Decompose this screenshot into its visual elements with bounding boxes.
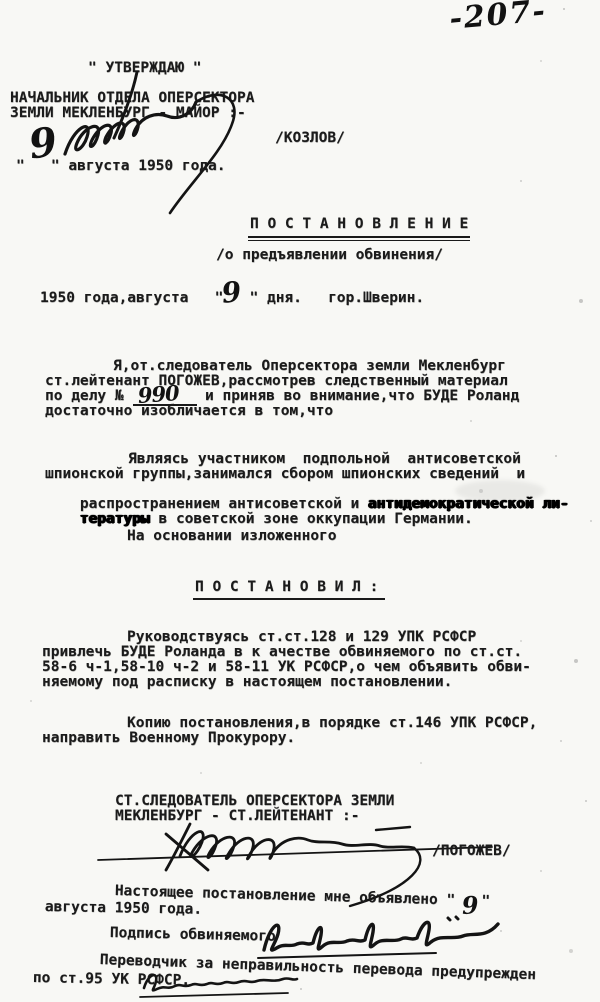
kozlov-typed-name: /КОЗЛОВ/ xyxy=(275,131,345,146)
approval-date-line: " " августа 1950 года. xyxy=(16,159,226,174)
scan-speckles xyxy=(0,0,2,2)
resolution-heading: П О С Т А Н О В И Л : xyxy=(195,580,378,595)
resolution-line3: 58-6 ч-1,58-10 ч-2 и 58-11 УК РСФСР,о че… xyxy=(42,660,531,675)
accusation-line1: Являясь участником подпольной антисоветс… xyxy=(128,452,521,467)
copy-line1: Копию постановления,в порядке ст.146 УПК… xyxy=(127,716,537,731)
resolution-line2: привлечь БУДЕ Роланда в к ачестве обвиня… xyxy=(42,645,522,660)
document-subtitle: /о предъявлении обвинения/ xyxy=(216,248,443,263)
resolution-line1: Руководствуясь ст.ст.128 и 129 УПК РСФСР xyxy=(127,630,476,645)
resolution-underline xyxy=(193,598,385,600)
title-underline xyxy=(248,236,470,238)
title-underline-2 xyxy=(248,240,470,241)
intro-line2: ст.лейтенант ПОГОЖЕВ,рассмотрев следстве… xyxy=(45,374,508,389)
accusation-line4-smudged: тературы xyxy=(80,511,150,527)
investigator-title-line1: СТ.СЛЕДОВАТЕЛЬ ОПЕРСЕКТОРА ЗЕМЛИ xyxy=(115,794,394,809)
ink-smear xyxy=(455,480,545,502)
handwritten-day-middle: 9 xyxy=(220,275,243,310)
basis-line: На основании изложенного xyxy=(127,529,337,544)
accusation-line4-normal: в советской зоне оккупации Германии. xyxy=(150,511,473,527)
handwritten-page-number: -207- xyxy=(448,0,548,37)
document-title: П О С Т А Н О В Л Е Н И Е xyxy=(250,217,468,232)
resolution-line4: няемому под расписку в настоящем постано… xyxy=(42,675,452,690)
intro-line3-prefix: по делу № xyxy=(45,389,124,404)
accused-signature-label: Подпись обвиняемого xyxy=(110,926,276,945)
scanned-document-page: -207- " УТВЕРЖДАЮ " НАЧАЛЬНИК ОТДЕЛА ОПЕ… xyxy=(0,0,600,1002)
intro-line1: Я,от.следователь Оперсектора земли Мекле… xyxy=(113,359,506,374)
intro-line4: достаточно изобличается в том,что xyxy=(45,404,333,419)
accusation-line2: шпионской группы,занимался сбором шпионс… xyxy=(45,467,525,482)
copy-line2: направить Военному Прокурору. xyxy=(42,731,295,746)
translator-handwritten-signature xyxy=(136,968,301,1002)
acknowledgement-line2: августа 1950 года. xyxy=(45,900,202,918)
intro-line3-suffix: и приняв во внимание,что БУДЕ Роланд xyxy=(205,389,519,404)
pogozhev-typed-name: /ПОГОЖЕВ/ xyxy=(432,844,511,859)
